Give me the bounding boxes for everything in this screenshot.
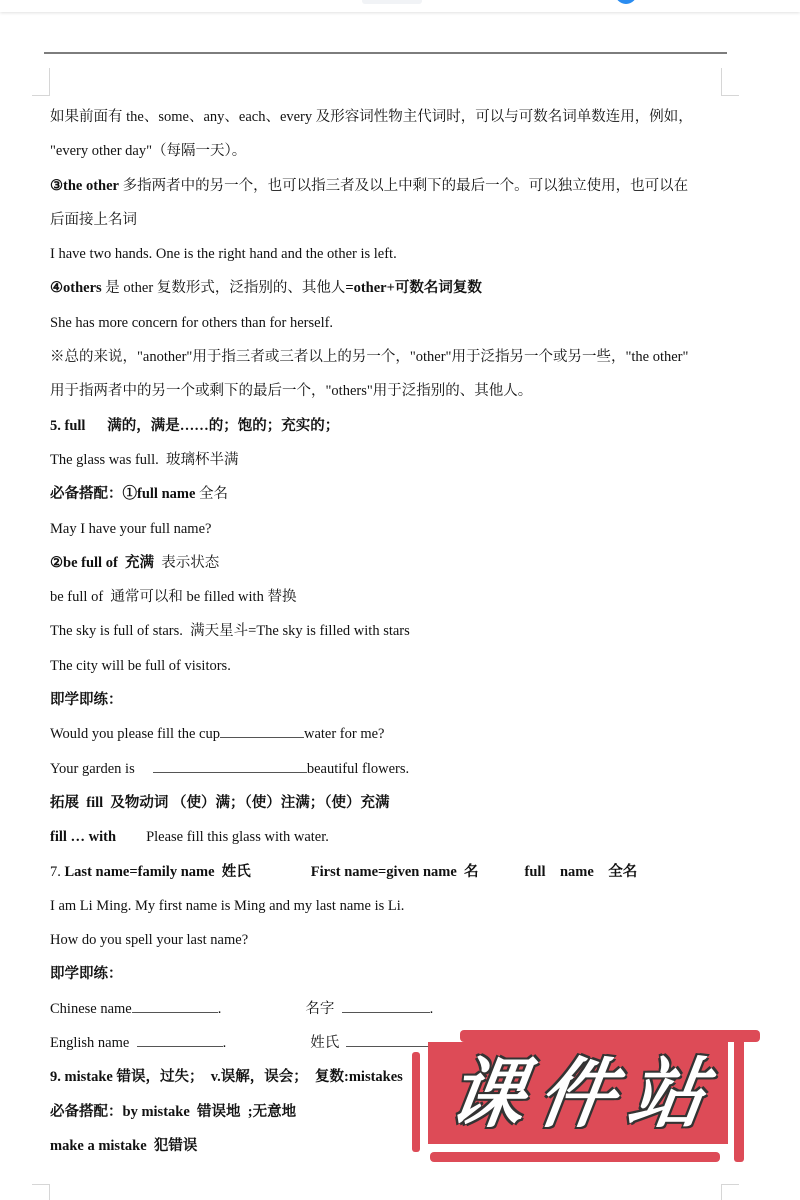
document-line: 即学即练： [50, 957, 740, 991]
page-corner-mark-bottom-left [32, 1184, 50, 1200]
fill-in-blank[interactable] [132, 998, 218, 1013]
document-line: ※总的来说，"another"用于指三者或三者以上的另一个，"other"用于泛… [50, 340, 740, 374]
document-line: How do you spell your last name? [50, 923, 740, 957]
document-line: ②be full of 充满 表示状态 [50, 546, 740, 580]
text: The sky is full of stars. 满天星斗=The sky i… [50, 623, 410, 639]
text: Please fill this glass with water. [146, 829, 329, 845]
document-line: May I have your full name? [50, 512, 740, 546]
text: I am Li Ming. My first name is Ming and … [50, 898, 404, 914]
text: water for me? [304, 726, 385, 742]
status-dot-icon[interactable] [615, 0, 637, 4]
bold-text: 必备搭配：①full name [50, 486, 195, 502]
document-line: 必备搭配：①full name 全名 [50, 477, 740, 511]
text: 多指两者中的另一个，也可以指三者及以上中剩下的最后一个。可以独立使用，也可以在 [119, 178, 688, 194]
stamp-edge-top [460, 1030, 760, 1042]
text: The city will be full of visitors. [50, 658, 231, 674]
text: 姓氏 [310, 1035, 346, 1051]
text: . [223, 1035, 227, 1051]
fill-in-blank[interactable] [342, 998, 430, 1013]
watermark-stamp: 课件站 [412, 1016, 748, 1166]
bold-text: 必备搭配：by mistake 错误地 ;无意地 [50, 1104, 296, 1120]
document-line: 5. full 满的，满是……的；饱的；充实的； [50, 409, 740, 443]
document-line: The glass was full. 玻璃杯半满 [50, 443, 740, 477]
document-line: I have two hands. One is the right hand … [50, 237, 740, 271]
stamp-edge-left [412, 1052, 420, 1152]
text: 名字 [305, 1001, 341, 1017]
text: 用于指两者中的另一个或剩下的最后一个，"others"用于泛指别的、其他人。 [50, 383, 532, 399]
document-line: 即学即练： [50, 683, 740, 717]
bold-text: 拓展 fill 及物动词 （使）满；（使）注满；（使）充满 [50, 795, 390, 811]
bold-text: ③the other [50, 178, 119, 194]
text: beautiful flowers. [307, 761, 409, 777]
text: . [218, 1001, 222, 1017]
text: 全名 [195, 486, 228, 502]
text: Would you please fill the cup [50, 726, 220, 742]
page-corner-mark-bottom-right [721, 1184, 739, 1200]
text: 如果前面有 the、some、any、each、every 及形容词性物主代词时… [50, 109, 693, 125]
document-body: 如果前面有 the、some、any、each、every 及形容词性物主代词时… [50, 100, 740, 1163]
text: . [430, 1001, 434, 1017]
page-corner-mark-top-right [721, 68, 739, 96]
text: Your garden is [50, 761, 153, 777]
tab-indicator[interactable] [362, 0, 422, 4]
bold-text: 即学即练： [50, 966, 123, 982]
fill-in-blank[interactable] [137, 1032, 223, 1047]
text: I have two hands. One is the right hand … [50, 246, 397, 262]
document-line: 拓展 fill 及物动词 （使）满；（使）注满；（使）充满 [50, 786, 740, 820]
document-line: 如果前面有 the、some、any、each、every 及形容词性物主代词时… [50, 100, 740, 134]
text: Chinese name [50, 1001, 132, 1017]
text: "every other day"（每隔一天）。 [50, 143, 246, 159]
text: English name [50, 1035, 137, 1051]
document-line: "every other day"（每隔一天）。 [50, 134, 740, 168]
stamp-edge-bottom [430, 1152, 720, 1162]
text: She has more concern for others than for… [50, 315, 333, 331]
bold-text: full name 全名 [525, 864, 638, 880]
document-line: 用于指两者中的另一个或剩下的最后一个，"others"用于泛指别的、其他人。 [50, 374, 740, 408]
fill-in-blank[interactable] [220, 723, 304, 738]
page-header-rule [44, 52, 727, 54]
document-line: She has more concern for others than for… [50, 306, 740, 340]
text: 7. [50, 864, 65, 880]
text: 后面接上名词 [50, 212, 137, 228]
document-line: be full of 通常可以和 be filled with 替换 [50, 580, 740, 614]
watermark-text: 课件站 [427, 1046, 740, 1142]
bold-text: 即学即练： [50, 692, 123, 708]
document-line: Your garden is beautiful flowers. [50, 752, 740, 786]
document-line: fill … withPlease fill this glass with w… [50, 820, 740, 854]
document-line: I am Li Ming. My first name is Ming and … [50, 889, 740, 923]
document-line: The city will be full of visitors. [50, 649, 740, 683]
page-corner-mark-top-left [32, 68, 50, 96]
bold-text: make a mistake 犯错误 [50, 1138, 197, 1154]
text: 是 other 复数形式，泛指别的、其他人 [102, 280, 346, 296]
text: May I have your full name? [50, 521, 211, 537]
text: The glass was full. 玻璃杯半满 [50, 452, 238, 468]
bold-text: 5. full 满的，满是……的；饱的；充实的； [50, 418, 339, 434]
bold-text: Last name=family name 姓氏 [65, 864, 251, 880]
bold-text: ④others [50, 280, 102, 296]
bold-text: 9. mistake 错误，过失； v.误解，误会； 复数:mistakes [50, 1069, 403, 1085]
document-line: 7. Last name=family name 姓氏First name=gi… [50, 855, 740, 889]
document-line: ③the other 多指两者中的另一个，也可以指三者及以上中剩下的最后一个。可… [50, 169, 740, 203]
document-line: ④others 是 other 复数形式，泛指别的、其他人=other+可数名词… [50, 271, 740, 305]
bold-text: ②be full of 充满 [50, 555, 154, 571]
app-top-bar [0, 0, 800, 12]
document-line: 后面接上名词 [50, 203, 740, 237]
text: How do you spell your last name? [50, 932, 248, 948]
fill-in-blank[interactable] [153, 758, 307, 773]
bold-text: =other+可数名词复数 [345, 280, 482, 296]
document-line: Would you please fill the cupwater for m… [50, 717, 740, 751]
text: ※总的来说，"another"用于指三者或三者以上的另一个，"other"用于泛… [50, 349, 688, 365]
text: 表示状态 [154, 555, 219, 571]
text: be full of 通常可以和 be filled with 替换 [50, 589, 296, 605]
bold-text: fill … with [50, 829, 116, 845]
bold-text: First name=given name 名 [311, 864, 479, 880]
document-line: The sky is full of stars. 满天星斗=The sky i… [50, 614, 740, 648]
